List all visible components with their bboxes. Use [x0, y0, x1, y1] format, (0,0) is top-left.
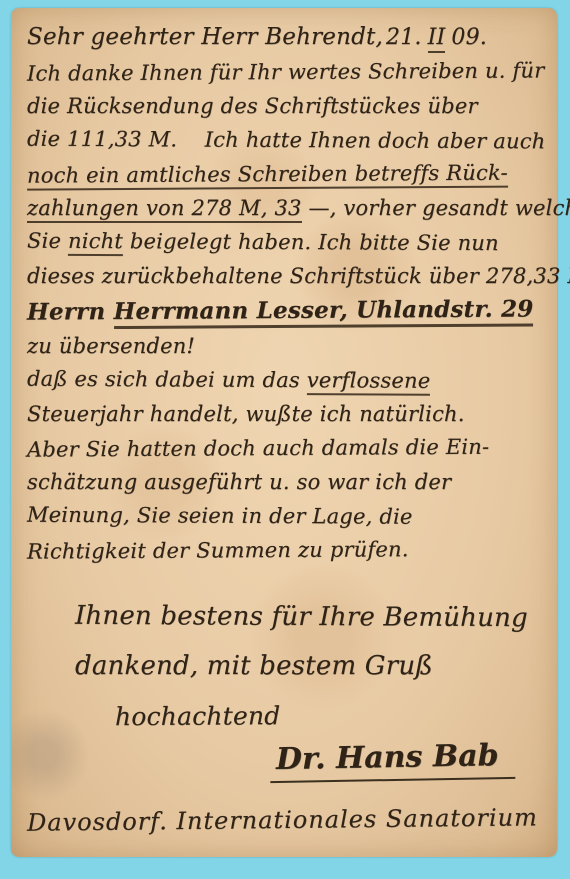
greeting-text: Sehr geehrter Herr Behrendt,: [27, 20, 383, 54]
body-text: dieses zurückbehaltene Schriftstück über…: [27, 264, 570, 288]
body-line: Ich danke Ihnen für Ihr wertes Schreiben…: [27, 53, 541, 90]
body-text: Herrn: [27, 298, 114, 326]
date-day: 21.: [386, 25, 422, 50]
body-text: beigelegt haben. Ich bitte Sie nun: [123, 229, 499, 255]
date-year: 09.: [451, 25, 487, 50]
sender-location-line: Davosdorf. Internationales Sanatorium: [27, 800, 541, 839]
body-text: Richtigkeit der Summen zu prüfen.: [27, 537, 409, 563]
body-text: die Rücksendung des Schriftstückes über: [27, 94, 478, 118]
signature: Dr. Hans Bab: [270, 738, 515, 783]
body-text: daß es sich dabei um das: [27, 367, 307, 392]
body-text: schätzung ausgeführt u. so war ich der: [27, 470, 451, 494]
body-line: Richtigkeit der Summen zu prüfen.: [27, 531, 541, 568]
underlined-text: nicht: [68, 229, 123, 256]
body-line: noch ein amtliches Schreiben betreffs Rü…: [27, 155, 541, 192]
body-line: die Rücksendung des Schriftstückes über: [27, 89, 541, 123]
body-line: schätzung ausgeführt u. so war ich der: [27, 465, 541, 499]
body-line: Aber Sie hatten doch auch damals die Ein…: [27, 429, 541, 466]
body-text: Aber Sie hatten doch auch damals die Ein…: [27, 435, 489, 462]
underlined-text: zahlungen von 278 M, 33: [27, 196, 302, 223]
body-text: Steuerjahr handelt, wußte ich natürlich.: [27, 402, 465, 426]
recipient-name: Herrmann Lesser, Uhlandstr. 29: [113, 295, 533, 329]
closing-block: Ihnen bestens für Ihre Bemühung dankend,…: [27, 593, 541, 740]
body-text: Sie: [27, 229, 68, 253]
closing-line: dankend, mit bestem Gruß: [75, 642, 541, 691]
underlined-text: verflossene: [307, 368, 431, 396]
recipient-line: Herrn Herrmann Lesser, Uhlandstr. 29: [27, 291, 541, 330]
closing-line: Ihnen bestens für Ihre Bemühung: [75, 592, 541, 643]
body-line: Steuerjahr handelt, wußte ich natürlich.: [27, 397, 541, 431]
postcard: Sehr geehrter Herr Behrendt, 21.II09. Ic…: [11, 8, 557, 857]
date-month-roman: II: [428, 25, 446, 53]
body-line: zahlungen von 278 M, 33 —, vorher gesand…: [27, 191, 541, 225]
valediction: hochachtend: [75, 690, 541, 742]
signature-row: Dr. Hans Bab: [27, 740, 541, 781]
body-line: Sie nicht beigelegt haben. Ich bitte Sie…: [27, 224, 541, 261]
underlined-text: noch ein amtliches Schreiben betreffs Rü…: [27, 161, 508, 191]
body-line: dieses zurückbehaltene Schriftstück über…: [27, 259, 541, 293]
body-line: daß es sich dabei um das verflossene: [27, 362, 541, 399]
date: 21.II09.: [383, 21, 490, 55]
body-text: die 111,33 M. Ich hatte Ihnen doch aber …: [27, 127, 546, 154]
body-text: —, vorher gesandt welches: [302, 196, 570, 220]
body-line: zu übersenden!: [27, 329, 541, 363]
greeting-line: Sehr geehrter Herr Behrendt, 21.II09.: [27, 20, 541, 55]
body-text: Meinung, Sie seien in der Lage, die: [27, 503, 413, 529]
body-text: Ich danke Ihnen für Ihr wertes Schreiben…: [27, 58, 545, 85]
body-line: Meinung, Sie seien in der Lage, die: [27, 498, 541, 535]
body-line: die 111,33 M. Ich hatte Ihnen doch aber …: [27, 122, 541, 159]
body-text: zu übersenden!: [27, 334, 195, 358]
